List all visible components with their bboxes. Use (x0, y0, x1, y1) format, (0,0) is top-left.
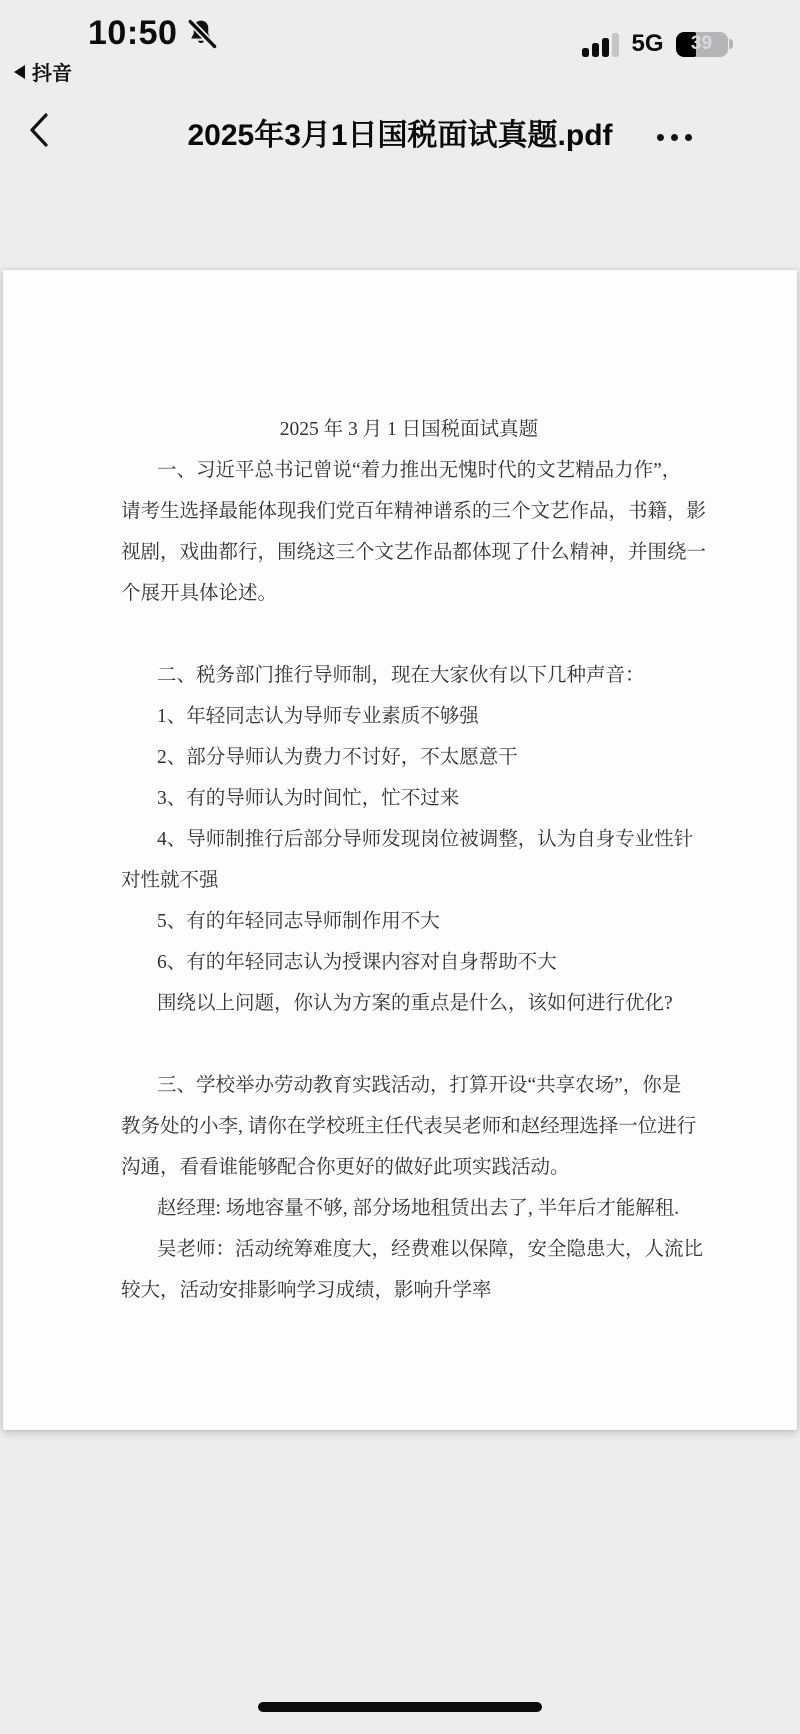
pdf-page[interactable]: 2025 年 3 月 1 日国税面试真题 一、习近平总书记曾说“着力推出无愧时代… (3, 270, 797, 1430)
doc-line: 请考生选择最能体现我们党百年精神谱系的三个文艺作品，书籍，影 (121, 491, 697, 532)
battery-percent: 39 (676, 32, 728, 57)
back-to-app-button[interactable]: 抖音 (14, 57, 72, 86)
doc-line: 教务处的小李, 请你在学校班主任代表吴老师和赵经理选择一位进行 (121, 1106, 697, 1147)
doc-line: 二、税务部门推行导师制，现在大家伙有以下几种声音： (121, 655, 697, 696)
doc-line: 4、导师制推行后部分导师发现岗位被调整，认为自身专业性针 (121, 819, 697, 860)
document-content: 2025 年 3 月 1 日国税面试真题 一、习近平总书记曾说“着力推出无愧时代… (3, 270, 797, 1311)
more-options-button[interactable] (653, 130, 696, 145)
doc-line: 2、部分导师认为费力不讨好，不太愿意干 (121, 737, 697, 778)
doc-line: 5、有的年轻同志导师制作用不大 (121, 901, 697, 942)
doc-line: 围绕以上问题，你认为方案的重点是什么，该如何进行优化? (121, 983, 697, 1024)
nav-bar: 2025年3月1日国税面试真题.pdf (0, 100, 800, 166)
back-chevron-icon[interactable] (26, 110, 52, 150)
back-to-app-triangle-icon (14, 65, 25, 79)
phone-screen: 10:50 抖音 5G 39 2025年3月1日国税面试真题.pdf (0, 0, 800, 1734)
bell-slash-icon (185, 17, 217, 51)
cellular-signal-icon (582, 32, 619, 57)
doc-line: 三、学校举办劳动教育实践活动，打算开设“共享农场”，你是 (121, 1065, 697, 1106)
battery-icon: 39 (676, 32, 734, 57)
back-to-app-label: 抖音 (32, 57, 72, 86)
doc-line: 6、有的年轻同志认为授课内容对自身帮助不大 (121, 942, 697, 983)
battery-nub (729, 39, 733, 49)
status-right-cluster: 5G 39 (582, 30, 733, 58)
document-title: 2025 年 3 月 1 日国税面试真题 (121, 409, 697, 450)
ellipsis-dot (685, 134, 692, 141)
doc-line: 1、年轻同志认为导师专业素质不够强 (121, 696, 697, 737)
doc-line: 较大，活动安排影响学习成绩，影响升学率 (121, 1270, 697, 1311)
ellipsis-dot (671, 134, 678, 141)
clock-time: 10:50 (88, 14, 177, 53)
file-title: 2025年3月1日国税面试真题.pdf (70, 110, 730, 154)
doc-line: 个展开具体论述。 (121, 573, 697, 614)
ellipsis-dot (657, 134, 664, 141)
status-time-group: 10:50 (88, 14, 217, 53)
doc-line: 3、有的导师认为时间忙，忙不过来 (121, 778, 697, 819)
doc-line: 吴老师：活动统筹难度大，经费难以保障，安全隐患大，人流比 (121, 1229, 697, 1270)
home-indicator[interactable] (258, 1702, 542, 1712)
doc-line: 一、习近平总书记曾说“着力推出无愧时代的文艺精品力作”， (121, 450, 697, 491)
doc-line: 沟通，看看谁能够配合你更好的做好此项实践活动。 (121, 1147, 697, 1188)
doc-line: 赵经理: 场地容量不够, 部分场地租赁出去了, 半年后才能解租. (121, 1188, 697, 1229)
network-type-label: 5G (631, 30, 663, 58)
doc-line: 视剧，戏曲都行，围绕这三个文艺作品都体现了什么精神，并围绕一 (121, 532, 697, 573)
doc-line: 对性就不强 (121, 860, 697, 901)
